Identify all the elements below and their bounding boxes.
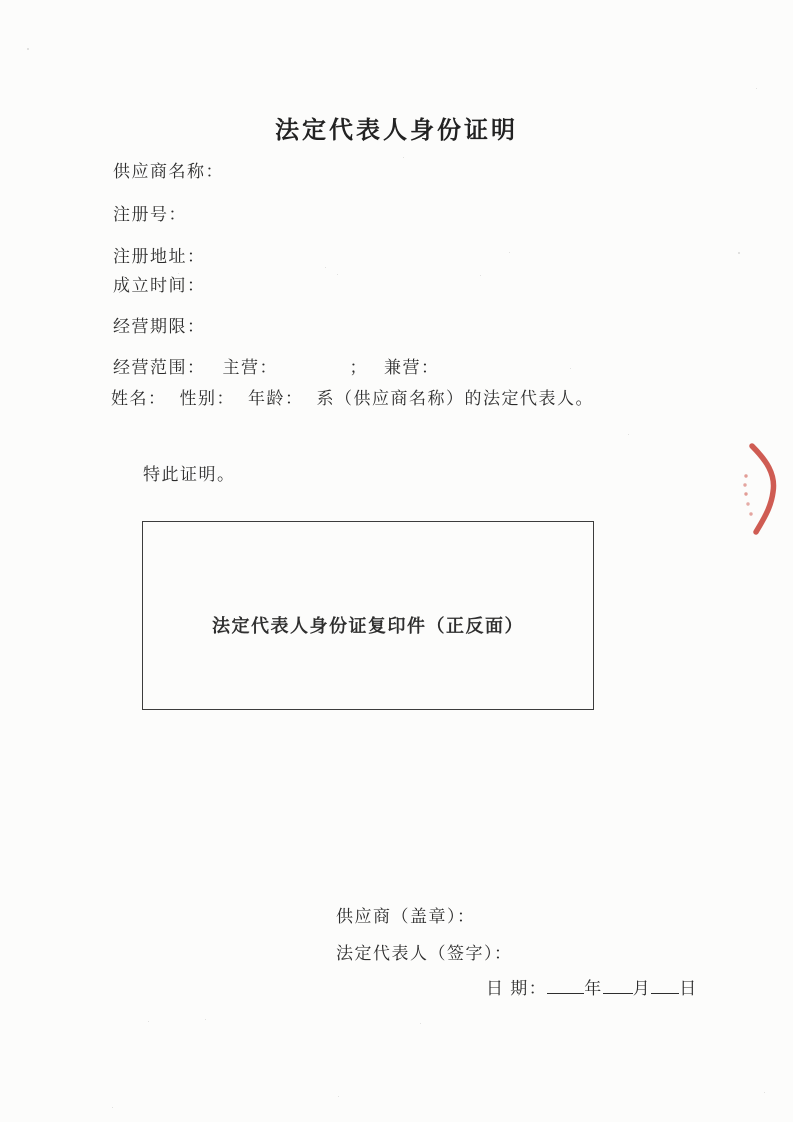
business-scope-main: 主营： — [223, 358, 270, 377]
representative-signature-line: 法定代表人（签字）： — [336, 939, 513, 964]
field-registration-no: 注册号： — [113, 200, 187, 225]
field-business-term: 经营期限： — [113, 312, 206, 337]
date-year-label: 年 — [584, 979, 603, 998]
business-scope-separator: ； — [350, 358, 369, 377]
date-month-label: 月 — [633, 979, 652, 998]
field-establish-date: 成立时间： — [113, 271, 206, 296]
field-supplier-name: 供应商名称： — [113, 157, 224, 182]
business-scope-secondary: 兼营： — [384, 358, 440, 377]
scanned-document-page: 法定代表人身份证明 供应商名称： 注册号： 注册地址： 成立时间： 经营期限： … — [0, 0, 793, 1122]
certify-statement: 特此证明。 — [143, 460, 236, 485]
document-title: 法定代表人身份证明 — [0, 110, 793, 145]
rep-statement: 系（供应商名称）的法定代表人。 — [317, 389, 595, 408]
date-line: 日 期：年月日 — [486, 974, 698, 999]
supplier-seal-line: 供应商（盖章）： — [336, 902, 476, 927]
field-registered-address: 注册地址： — [113, 242, 206, 267]
id-copy-placeholder-box: 法定代表人身份证复印件（正反面） — [142, 521, 594, 710]
rep-gender-label: 性别： — [180, 389, 236, 408]
rep-name-label: 姓名： — [111, 389, 167, 408]
field-business-scope: 经营范围：主营：；兼营： — [113, 353, 440, 378]
rep-age-label: 年龄： — [248, 389, 304, 408]
field-representative-info: 姓名：性别：年龄：系（供应商名称）的法定代表人。 — [111, 384, 594, 409]
red-seal-stamp — [733, 436, 793, 542]
date-blank-year — [547, 979, 584, 994]
business-scope-label: 经营范围： — [113, 358, 206, 377]
id-copy-box-label: 法定代表人身份证复印件（正反面） — [212, 612, 524, 638]
date-blank-day — [651, 979, 679, 994]
date-blank-month — [603, 979, 633, 994]
date-day-label: 日 — [679, 979, 698, 998]
date-label: 日 期： — [486, 979, 547, 998]
